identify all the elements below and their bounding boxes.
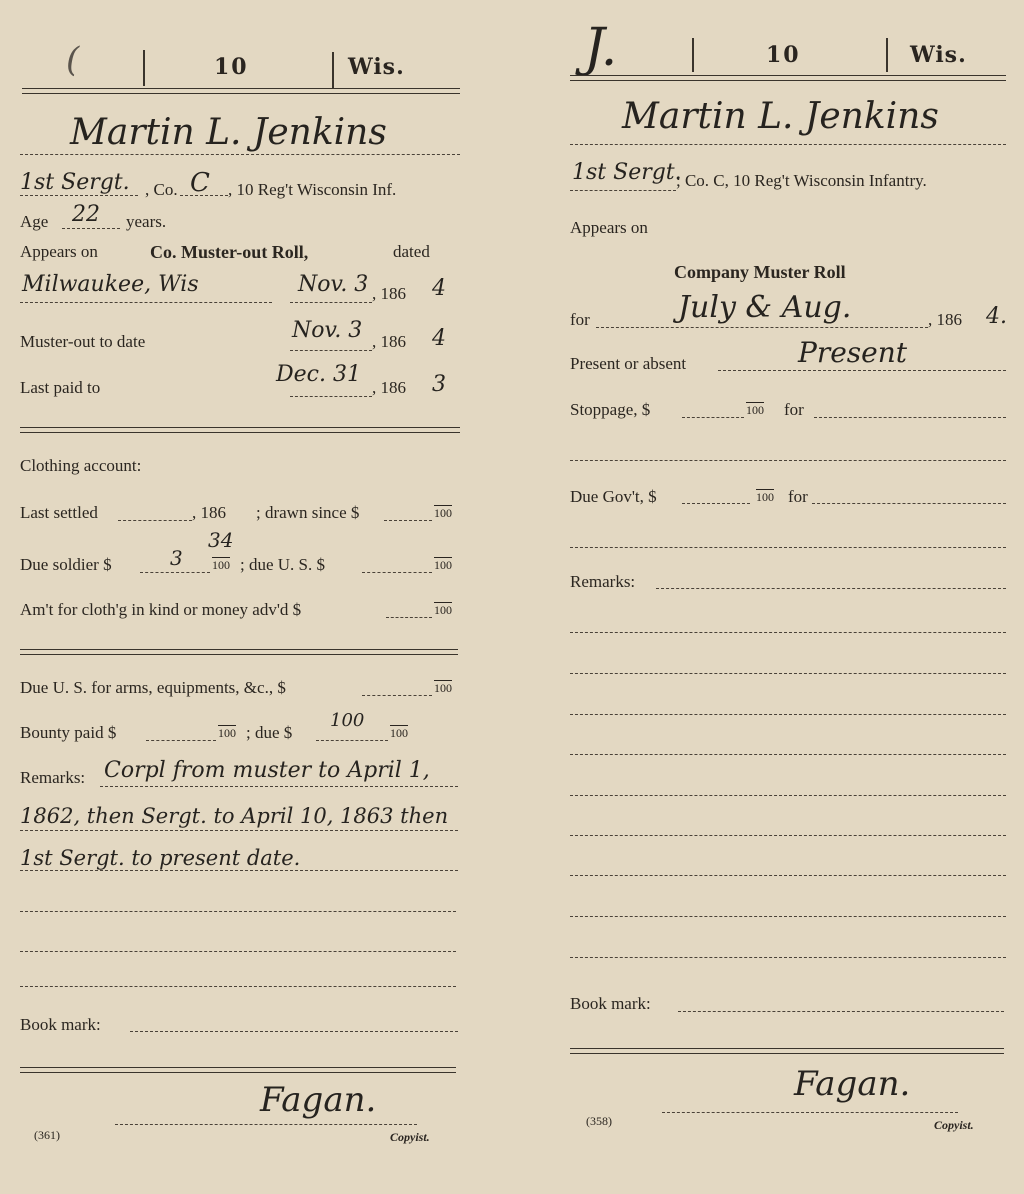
initial-mark: ( [66, 40, 79, 80]
last-paid-label: Last paid to [20, 378, 100, 398]
place-line [20, 302, 272, 303]
regiment-number: 10 [766, 42, 801, 68]
year-prefix: , 186 [372, 332, 406, 352]
rank-line [20, 195, 138, 196]
age-label: Age [20, 212, 48, 232]
book-mark-line [678, 1011, 1004, 1012]
header-divider [332, 52, 334, 88]
due-soldier-cents: 34 [208, 528, 233, 552]
bounty-due-label: ; due $ [246, 723, 292, 743]
last-settled-year: , 186 [192, 503, 226, 523]
clothing-label: Clothing account: [20, 456, 141, 476]
due-gov-for-line [812, 503, 1006, 504]
header-rule [570, 75, 1006, 81]
due-gov-for-label: for [788, 487, 808, 507]
age-suffix: years. [126, 212, 166, 232]
blank-line [20, 986, 456, 987]
header-rule [22, 88, 460, 94]
amt-cloth-label: Am't for cloth'g in kind or money adv'd … [20, 600, 301, 620]
copyist-label: Copyist. [934, 1118, 974, 1133]
muster-roll-card: J. 10 Wis. Martin L. Jenkins 1st Sergt. … [512, 0, 1024, 1194]
age-value: 22 [72, 202, 100, 227]
signature-line [115, 1124, 417, 1125]
footer-rule [20, 1067, 456, 1073]
due-gov-label: Due Gov't, $ [570, 487, 657, 507]
form-number: (361) [34, 1128, 60, 1143]
header-divider [692, 38, 694, 72]
remarks-rule [656, 588, 1006, 589]
rank: 1st Sergt. [20, 170, 130, 195]
regiment-number: 10 [214, 54, 249, 80]
copyist-label: Copyist. [390, 1130, 430, 1145]
header-divider [143, 50, 145, 86]
bounty-due-amount: 100 [330, 710, 364, 731]
regiment-text: ; Co. C, 10 Reg't Wisconsin Infantry. [676, 171, 927, 191]
blank-line [570, 547, 1006, 548]
muster-place: Milwaukee, Wis [22, 272, 199, 297]
present-line [718, 370, 1006, 371]
blank-line [570, 754, 1006, 755]
copyist-signature: Fagan. [260, 1080, 376, 1120]
remarks-line-3: 1st Sergt. to present date. [20, 846, 300, 870]
appears-on-label: Appears on [570, 218, 648, 238]
cents-fraction: 100 [434, 506, 452, 521]
for-label: for [570, 310, 590, 330]
muster-out-date: Nov. 3 [292, 318, 362, 343]
drawn-since-label: ; drawn since $ [256, 503, 359, 523]
for-line [596, 327, 928, 328]
cents-fraction: 100 [434, 558, 452, 573]
name-line [570, 144, 1006, 145]
rank: 1st Sergt. [572, 160, 682, 185]
company-prefix: , Co. [145, 180, 178, 200]
roll-type: Co. Muster-out Roll, [150, 242, 308, 263]
muster-out-card: ( 10 Wis. Martin L. Jenkins 1st Sergt. ,… [0, 0, 512, 1194]
blank-line [570, 835, 1006, 836]
due-us-arms-label: Due U. S. for arms, equipments, &c., $ [20, 678, 286, 698]
remarks-rule [100, 786, 458, 787]
soldier-name: Martin L. Jenkins [70, 112, 387, 153]
state-label: Wis. [348, 54, 405, 80]
state-label: Wis. [910, 42, 967, 68]
dated-label: dated [393, 242, 430, 262]
remarks-line-2: 1862, then Sergt. to April 10, 1863 then [20, 804, 448, 828]
due-gov-line [682, 503, 750, 504]
present-value: Present [798, 336, 907, 369]
blank-line [570, 875, 1006, 876]
last-paid-line [290, 396, 372, 397]
section-rule [20, 427, 460, 433]
for-period: July & Aug. [678, 290, 851, 325]
blank-line [20, 911, 456, 912]
stoppage-line [682, 417, 744, 418]
remarks-label: Remarks: [570, 572, 635, 592]
date-line [290, 302, 372, 303]
bounty-due-line [316, 740, 388, 741]
blank-line [570, 916, 1006, 917]
regiment-text: , 10 Reg't Wisconsin Inf. [228, 180, 396, 200]
blank-line [20, 951, 456, 952]
section-rule [20, 649, 458, 655]
cents-fraction: 100 [756, 490, 774, 505]
copyist-signature: Fagan. [794, 1064, 910, 1104]
cents-fraction: 100 [434, 603, 452, 618]
muster-out-label: Muster-out to date [20, 332, 145, 352]
rank-line [570, 190, 676, 191]
book-mark-line [130, 1031, 458, 1032]
year-prefix: , 186 [372, 284, 406, 304]
remarks-label: Remarks: [20, 768, 85, 788]
bounty-paid-line [146, 740, 216, 741]
year-prefix: , 186 [928, 310, 962, 330]
last-paid-date: Dec. 31 [276, 362, 361, 387]
cents-fraction: 100 [218, 726, 236, 741]
stoppage-label: Stoppage, $ [570, 400, 650, 420]
remarks-rule [20, 830, 458, 831]
due-us-arms-line [362, 695, 432, 696]
book-mark-label: Book mark: [570, 994, 651, 1014]
due-us-label: ; due U. S. $ [240, 555, 325, 575]
amt-cloth-line [386, 617, 432, 618]
remarks-line-1: Corpl from muster to April 1, [104, 758, 430, 783]
drawn-since-line [384, 520, 432, 521]
appears-on-label: Appears on [20, 242, 98, 262]
present-label: Present or absent [570, 354, 686, 374]
cents-fraction: 100 [390, 726, 408, 741]
blank-line [570, 714, 1006, 715]
footer-rule [570, 1048, 1004, 1054]
due-soldier-line [140, 572, 210, 573]
last-settled-label: Last settled [20, 503, 98, 523]
company-line [180, 195, 228, 196]
soldier-name: Martin L. Jenkins [622, 96, 939, 137]
stoppage-for-line [814, 417, 1006, 418]
age-line [62, 228, 120, 229]
bounty-paid-label: Bounty paid $ [20, 723, 116, 743]
due-soldier-dollars: 3 [170, 546, 183, 570]
blank-line [570, 957, 1006, 958]
year-digit: 3 [432, 372, 446, 397]
blank-line [570, 795, 1006, 796]
company: C [190, 168, 210, 198]
year-digit: 4 [432, 276, 446, 301]
cents-fraction: 100 [212, 558, 230, 573]
due-soldier-label: Due soldier $ [20, 555, 112, 575]
name-line [20, 154, 460, 155]
stoppage-for-label: for [784, 400, 804, 420]
roll-type: Company Muster Roll [674, 262, 846, 283]
year-digit: 4. [986, 304, 1007, 329]
blank-line [570, 673, 1006, 674]
year-digit: 4 [432, 326, 446, 351]
blank-line [570, 460, 1006, 461]
book-mark-label: Book mark: [20, 1015, 101, 1035]
due-us-line [362, 572, 432, 573]
header-divider [886, 38, 888, 72]
signature-line [662, 1112, 958, 1113]
blank-line [570, 632, 1006, 633]
muster-out-line [290, 350, 372, 351]
muster-date: Nov. 3 [298, 272, 368, 297]
form-number: (358) [586, 1114, 612, 1129]
initial-mark: J. [584, 18, 617, 78]
cents-fraction: 100 [746, 403, 764, 418]
remarks-rule [20, 870, 458, 871]
last-settled-line [118, 520, 192, 521]
cents-fraction: 100 [434, 681, 452, 696]
year-prefix: , 186 [372, 378, 406, 398]
